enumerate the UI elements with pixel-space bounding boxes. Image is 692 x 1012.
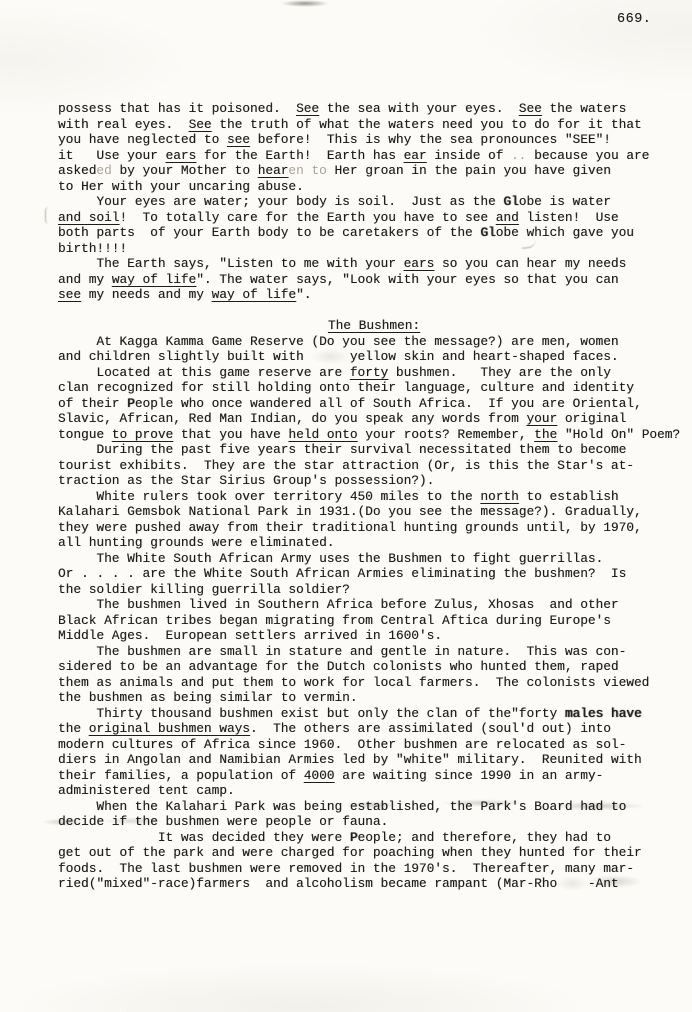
text-segment: that you have	[173, 427, 288, 442]
text-segment: Gl	[503, 194, 518, 209]
underlined-text: forty	[350, 365, 388, 380]
text-line: Thirty thousand bushmen exist but only t…	[58, 706, 690, 722]
text-line: The White South African Army uses the Bu…	[58, 551, 690, 567]
text-segment: The bushmen lived in Southern Africa bef…	[58, 597, 619, 612]
text-segment: tourist exhibits. They are the star attr…	[58, 458, 634, 473]
text-segment: their families, a population of	[58, 768, 304, 783]
text-segment: diers in Angolan and Namibian Armies led…	[58, 752, 642, 767]
underlined-text: ears	[166, 148, 197, 163]
text-segment: When the Kalahari Park was being establi…	[58, 799, 626, 814]
text-segment: all hunting grounds were eliminated.	[58, 535, 334, 550]
text-line: White rulers took over territory 450 mil…	[58, 489, 690, 505]
text-segment: -Ant	[588, 876, 619, 891]
text-segment: original	[557, 411, 626, 426]
text-line: Located at this game reserve are forty b…	[58, 365, 690, 381]
text-segment: During the past five years their surviva…	[58, 442, 626, 457]
section-heading: The Bushmen:	[58, 318, 690, 334]
text-segment: At Kagga Kamma Game Reserve (Do you see …	[58, 334, 619, 349]
text-segment: by your Mother to	[112, 163, 258, 178]
text-line: sidered to be an advantage for the Dutch…	[58, 659, 690, 675]
paragraph: At Kagga Kamma Game Reserve (Do you see …	[58, 334, 690, 365]
ink-smudge	[281, 0, 329, 7]
text-line: Kalahari Gemsbok National Park in 1931.(…	[58, 504, 690, 520]
underlined-text: and	[496, 210, 519, 225]
text-segment: Black African tribes began migrating fro…	[58, 613, 611, 628]
text-segment: they were pushed away from their traditi…	[58, 520, 642, 535]
text-line: traction as the Star Sirius Group's poss…	[58, 473, 690, 489]
text-line: and my way of life". The water says, "Lo…	[58, 272, 690, 288]
text-segment: before! This is why the sea pronounces "…	[250, 132, 611, 147]
text-segment: bushmen. They are the only	[388, 365, 611, 380]
margin-mark	[45, 207, 55, 224]
text-line: diers in Angolan and Namibian Armies led…	[58, 752, 690, 768]
text-line: and children slightly built with yellow …	[58, 349, 690, 365]
text-segment: obe which gave you	[496, 225, 634, 240]
text-line: birth!!!!	[58, 241, 690, 257]
paragraph: During the past five years their surviva…	[58, 442, 690, 489]
text-segment: because you are	[526, 148, 649, 163]
text-line: of their People who once wandered all of…	[58, 396, 690, 412]
text-segment: to establish	[519, 489, 619, 504]
text-line: Slavic, African, Red Man Indian, do you …	[58, 411, 690, 427]
underlined-text: to prove	[112, 427, 173, 442]
underlined-text: your	[526, 411, 557, 426]
text-segment: The White South African Army uses the Bu…	[58, 551, 603, 566]
text-line: their families, a population of 4000 are…	[58, 768, 690, 784]
document-page: 669. possess that has it poisoned. See t…	[0, 0, 692, 1012]
underlined-text: ear	[404, 148, 427, 163]
text-segment: the soldier killing guerrilla soldier?	[58, 582, 350, 597]
text-segment: males have	[565, 706, 642, 721]
underlined-text: 4000	[304, 768, 335, 783]
text-segment: the truth of what the waters need you to…	[212, 117, 642, 132]
text-line: the bushmen as being similar to vermin.	[58, 690, 690, 706]
text-segment: Gl	[480, 225, 495, 240]
text-line: It was decided they were People; and the…	[58, 830, 690, 846]
text-segment: the	[58, 721, 89, 736]
text-line: The bushmen are small in stature and gen…	[58, 644, 690, 660]
text-line: When the Kalahari Park was being establi…	[58, 799, 690, 815]
text-segment: for the Earth! Earth has	[196, 148, 403, 163]
text-line: the soldier killing guerrilla soldier?	[58, 582, 690, 598]
text-line: Or . . . . are the White South African A…	[58, 566, 690, 582]
text-segment: yellow skin and heart-shaped faces.	[350, 349, 619, 364]
text-line: ried("mixed"-race)farmers and alcoholism…	[58, 876, 690, 892]
text-segment: birth!!!!	[58, 241, 127, 256]
underlined-text: way of life	[212, 287, 296, 302]
underlined-text: ears	[404, 256, 435, 271]
text-line: the original bushmen ways. The others ar…	[58, 721, 690, 737]
text-line: During the past five years their surviva…	[58, 442, 690, 458]
text-segment: Slavic, African, Red Man Indian, do you …	[58, 411, 526, 426]
text-segment: Your eyes are water; your body is soil. …	[58, 194, 503, 209]
text-line: askeded by your Mother to hearen to Her …	[58, 163, 690, 179]
text-line: At Kagga Kamma Game Reserve (Do you see …	[58, 334, 690, 350]
text-line: it Use your ears for the Earth! Earth ha…	[58, 148, 690, 164]
text-line: to Her with your uncaring abuse.	[58, 179, 690, 195]
paragraph: Located at this game reserve are forty b…	[58, 365, 690, 443]
underlined-text: See	[519, 101, 542, 116]
text-segment: The Earth says, "Listen to me with your	[58, 256, 404, 271]
text-segment: ried("mixed"-race)farmers and alcoholism…	[58, 876, 557, 891]
paragraph: possess that has it poisoned. See the se…	[58, 101, 690, 194]
underlined-text: and soil	[58, 210, 119, 225]
text-segment: It was decided they were	[58, 830, 350, 845]
text-segment: "Hold On" Poem?	[557, 427, 680, 442]
text-segment: ".	[296, 287, 311, 302]
text-segment: tongue	[58, 427, 112, 442]
text-line: both parts of your Earth body to be care…	[58, 225, 690, 241]
text-segment: Her groan in the pain you have given	[327, 163, 611, 178]
text-line: Your eyes are water; your body is soil. …	[58, 194, 690, 210]
text-line: they were pushed away from their traditi…	[58, 520, 690, 536]
text-segment: ". The water says, "Look with your eyes …	[196, 272, 618, 287]
text-segment: ! To totally care for the Earth you have…	[119, 210, 495, 225]
text-segment: the waters	[542, 101, 626, 116]
text-segment: possess that has it poisoned.	[58, 101, 296, 116]
text-segment: inside of	[427, 148, 511, 163]
text-segment: and my	[58, 272, 112, 287]
text-line: The Earth says, "Listen to me with your …	[58, 256, 690, 272]
paragraph: Your eyes are water; your body is soil. …	[58, 194, 690, 256]
text-segment: them as animals and put them to work for…	[58, 675, 649, 690]
text-segment: administered tent camp.	[58, 783, 235, 798]
paragraph: The bushmen lived in Southern Africa bef…	[58, 597, 690, 644]
text-segment: are waiting since 1990 in an army-	[334, 768, 603, 783]
text-segment: you have neglected to	[58, 132, 227, 147]
underlined-text: held onto	[288, 427, 357, 442]
text-segment: White rulers took over territory 450 mil…	[58, 489, 480, 504]
underlined-text: The Bushmen:	[328, 318, 420, 333]
underlined-text: see	[58, 287, 81, 302]
text-line: with real eyes. See the truth of what th…	[58, 117, 690, 133]
text-segment: clan recognized for still holding onto t…	[58, 380, 634, 395]
text-segment: to Her with your uncaring abuse.	[58, 179, 304, 194]
text-segment: of their	[58, 396, 127, 411]
text-line: modern cultures of Africa since 1960. Ot…	[58, 737, 690, 753]
text-segment: P	[350, 830, 358, 845]
text-segment: en to	[288, 163, 326, 178]
paragraph: When the Kalahari Park was being establi…	[58, 799, 690, 830]
underlined-text: See	[189, 117, 212, 132]
text-segment: traction as the Star Sirius Group's poss…	[58, 473, 434, 488]
paragraph: White rulers took over territory 450 mil…	[58, 489, 690, 551]
text-segment: sidered to be an advantage for the Dutch…	[58, 659, 619, 674]
text-segment: Located at this game reserve are	[58, 365, 350, 380]
text-line: you have neglected to see before! This i…	[58, 132, 690, 148]
text-line: tourist exhibits. They are the star attr…	[58, 458, 690, 474]
underlined-text: north	[480, 489, 518, 504]
text-segment: listen! Use	[519, 210, 619, 225]
text-line: see my needs and my way of life".	[58, 287, 690, 303]
text-segment: ..	[511, 148, 526, 163]
text-line: tongue to prove that you have held onto …	[58, 427, 690, 443]
text-segment: your roots? Remember,	[358, 427, 535, 442]
text-segment: asked	[58, 163, 96, 178]
text-segment	[311, 349, 349, 364]
text-line: administered tent camp.	[58, 783, 690, 799]
text-segment: it Use your	[58, 148, 166, 163]
underlined-text: see	[227, 132, 250, 147]
document-body: possess that has it poisoned. See the se…	[58, 101, 690, 892]
text-segment: get out of the park and were charged for…	[58, 845, 642, 860]
text-segment: eople who once wandered all of South Afr…	[135, 396, 642, 411]
underlined-text: hear	[258, 163, 289, 178]
paragraph: The White South African Army uses the Bu…	[58, 551, 690, 598]
text-line: possess that has it poisoned. See the se…	[58, 101, 690, 117]
text-segment: with real eyes.	[58, 117, 189, 132]
paragraph: The Earth says, "Listen to me with your …	[58, 256, 690, 303]
text-line: Middle Ages. European settlers arrived i…	[58, 628, 690, 644]
paragraph: It was decided they were People; and the…	[58, 830, 690, 892]
text-segment: eople; and therefore, they had to	[358, 830, 611, 845]
text-segment: . The others are assimilated (soul'd out…	[250, 721, 611, 736]
text-segment: ed	[96, 163, 111, 178]
underlined-text: See	[296, 101, 319, 116]
text-line: foods. The last bushmen were removed in …	[58, 861, 690, 877]
text-line: clan recognized for still holding onto t…	[58, 380, 690, 396]
text-segment: foods. The last bushmen were removed in …	[58, 861, 634, 876]
text-segment: obe is water	[519, 194, 611, 209]
text-line: and soil! To totally care for the Earth …	[58, 210, 690, 226]
text-line: them as animals and put them to work for…	[58, 675, 690, 691]
paragraph: Thirty thousand bushmen exist but only t…	[58, 706, 690, 799]
text-segment: The bushmen are small in stature and gen…	[58, 644, 626, 659]
text-line: all hunting grounds were eliminated.	[58, 535, 690, 551]
text-segment: both parts of your Earth body to be care…	[58, 225, 480, 240]
text-segment: modern cultures of Africa since 1960. Ot…	[58, 737, 626, 752]
text-segment: and children slightly built with	[58, 349, 311, 364]
text-segment: Kalahari Gemsbok National Park in 1931.(…	[58, 504, 642, 519]
paragraph: The bushmen are small in stature and gen…	[58, 644, 690, 706]
text-line: Black African tribes began migrating fro…	[58, 613, 690, 629]
text-line: decide if the bushmen were people or fau…	[58, 814, 690, 830]
text-line: The Bushmen:	[58, 318, 690, 334]
underlined-text: way of life	[112, 272, 196, 287]
text-segment	[557, 876, 588, 891]
text-line: The bushmen lived in Southern Africa bef…	[58, 597, 690, 613]
text-segment: the sea with your eyes.	[319, 101, 519, 116]
text-segment: Middle Ages. European settlers arrived i…	[58, 628, 442, 643]
page-number: 669.	[617, 12, 651, 27]
text-line: get out of the park and were charged for…	[58, 845, 690, 861]
underlined-text: the	[534, 427, 557, 442]
text-segment: Thirty thousand bushmen exist but only t…	[58, 706, 565, 721]
underlined-text: original bushmen ways	[89, 721, 250, 736]
text-segment: Or . . . . are the White South African A…	[58, 566, 626, 581]
text-segment: my needs and my	[81, 287, 212, 302]
text-segment: the bushmen as being similar to vermin.	[58, 690, 358, 705]
text-segment: decide if the bushmen were people or fau…	[58, 814, 388, 829]
text-segment: P	[127, 396, 135, 411]
text-segment: so you can hear my needs	[434, 256, 626, 271]
